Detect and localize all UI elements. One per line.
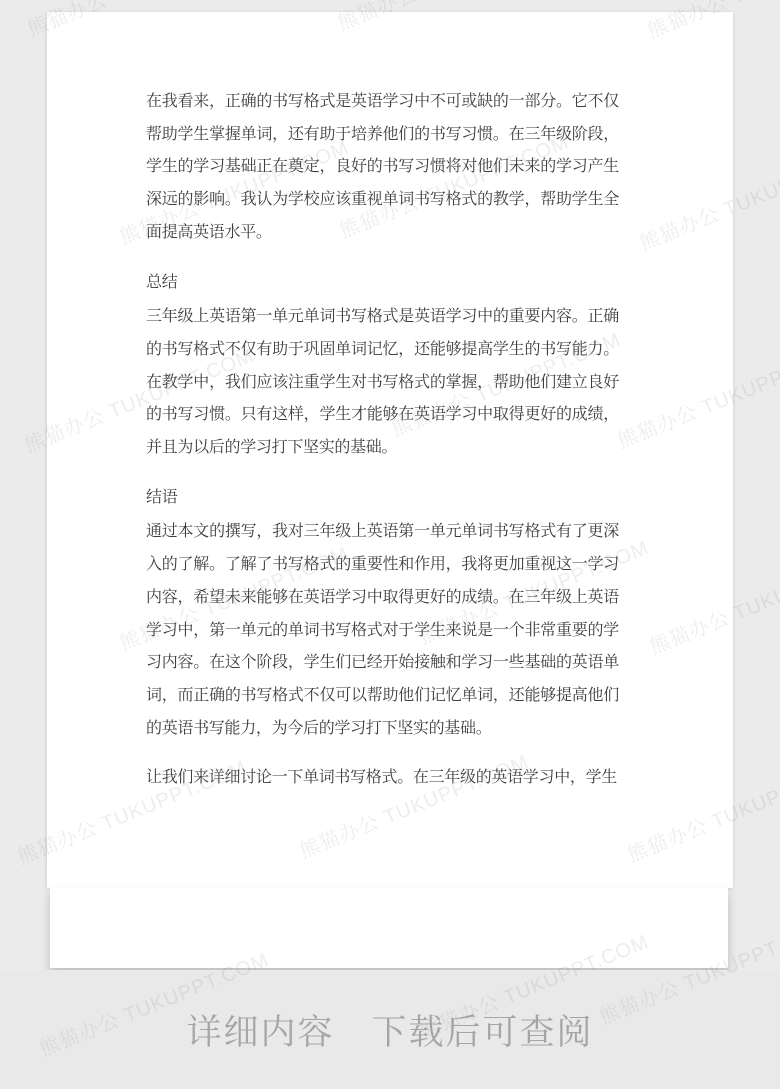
- heading-summary: 总结: [146, 267, 619, 300]
- document-page-1: 在我看来，正确的书写格式是英语学习中不可或缺的一部分。它不仅帮助学生掌握单词，还…: [47, 12, 733, 888]
- paragraph-conclusion: 通过本文的撰写，我对三年级上英语第一单元单词书写格式有了更深入的了解。了解了书写…: [146, 516, 619, 745]
- footer-notice-bar: 详细内容 下载后可查阅: [0, 970, 780, 1089]
- heading-conclusion: 结语: [146, 482, 619, 515]
- paragraph-summary: 三年级上英语第一单元单词书写格式是英语学习中的重要内容。正确的书写格式不仅有助于…: [146, 301, 619, 465]
- paragraph-intro: 在我看来，正确的书写格式是英语学习中不可或缺的一部分。它不仅帮助学生掌握单词，还…: [146, 86, 619, 250]
- document-preview: 在我看来，正确的书写格式是英语学习中不可或缺的一部分。它不仅帮助学生掌握单词，还…: [0, 0, 780, 1089]
- document-body: 在我看来，正确的书写格式是英语学习中不可或缺的一部分。它不仅帮助学生掌握单词，还…: [146, 86, 619, 795]
- paragraph-discussion-lead: 让我们来详细讨论一下单词书写格式。在三年级的英语学习中，学生: [146, 762, 619, 795]
- document-page-2: [50, 888, 728, 968]
- footer-notice: 详细内容 下载后可查阅: [0, 1014, 780, 1053]
